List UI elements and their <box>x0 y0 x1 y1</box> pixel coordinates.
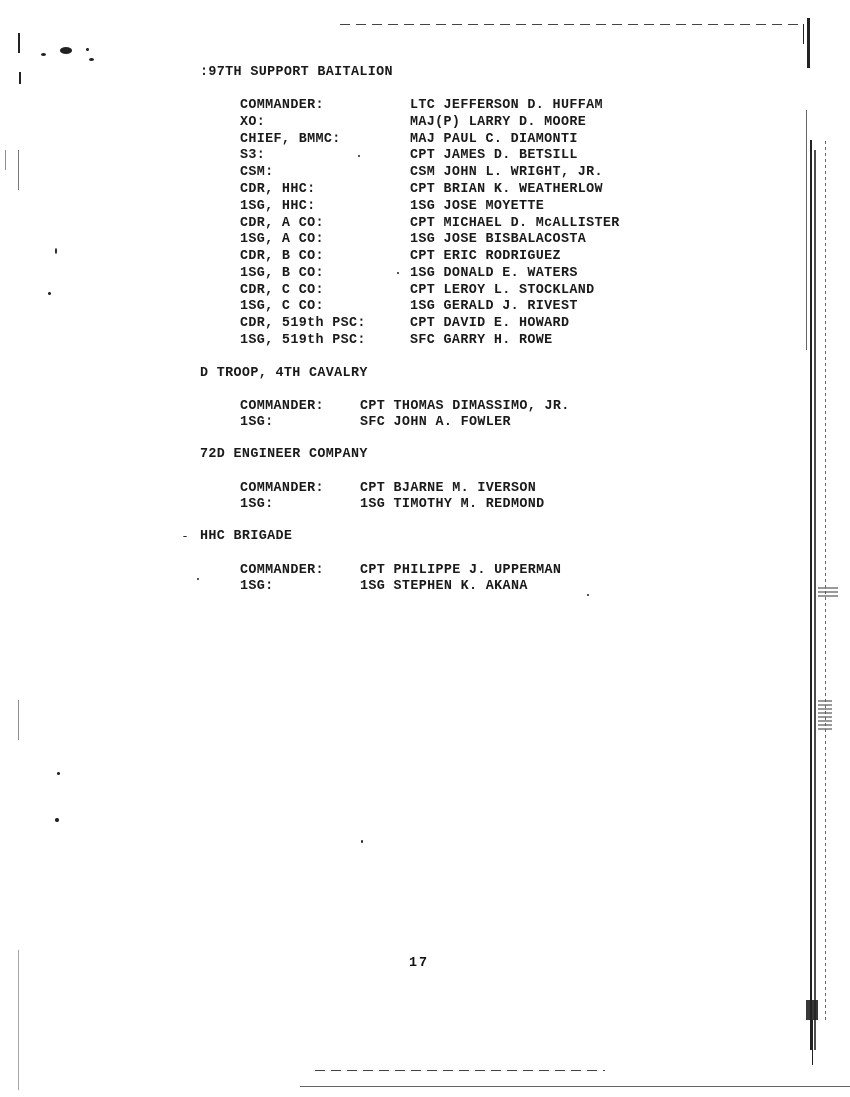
scan-speck <box>397 272 399 274</box>
person-name: 1SG GERALD J. RIVEST <box>410 299 578 316</box>
document-page: :97TH SUPPORT BAITALION COMMANDER: LTC J… <box>0 0 850 1097</box>
person-name: 1SG TIMOTHY M. REDMOND <box>360 497 545 514</box>
position-label: CSM: <box>240 165 274 182</box>
position-label: 1SG, 519th PSC: <box>240 333 366 350</box>
person-name: CPT DAVID E. HOWARD <box>410 316 569 333</box>
person-name: 1SG DONALD E. WATERS <box>410 266 578 283</box>
position-label: 1SG: <box>240 415 274 432</box>
person-name: 1SG STEPHEN K. AKANA <box>360 579 528 596</box>
person-name: CPT THOMAS DIMASSIMO, JR. <box>360 399 570 416</box>
scan-speck <box>41 53 46 56</box>
scan-edge-right-stipple <box>825 140 826 1020</box>
person-name: CPT BJARNE M. IVERSON <box>360 481 536 498</box>
page-number: 17 <box>409 956 429 971</box>
person-name: 1SG JOSE MOYETTE <box>410 199 544 216</box>
position-label: COMMANDER: <box>240 98 324 115</box>
scan-speck <box>57 772 60 775</box>
position-label: CDR, A CO: <box>240 216 324 233</box>
scan-edge-top <box>340 24 800 25</box>
position-label: CDR, HHC: <box>240 182 315 199</box>
scan-speck <box>55 248 57 254</box>
person-name: SFC JOHN A. FOWLER <box>360 415 511 432</box>
position-label: 1SG: <box>240 579 274 596</box>
person-name: CSM JOHN L. WRIGHT, JR. <box>410 165 603 182</box>
person-name: CPT MICHAEL D. McALLISTER <box>410 216 620 233</box>
scan-left-mark <box>18 950 19 1090</box>
position-label: CDR, B CO: <box>240 249 324 266</box>
scan-speck <box>89 58 94 61</box>
person-name: 1SG JOSE BISBALACOSTA <box>410 232 586 249</box>
scan-edge-right-main <box>810 140 812 1050</box>
person-name: LTC JEFFERSON D. HUFFAM <box>410 98 603 115</box>
scan-speck <box>197 578 199 580</box>
position-label: S3: <box>240 148 265 165</box>
scan-speck <box>60 47 72 54</box>
scan-speck <box>86 48 89 51</box>
position-label: COMMANDER: <box>240 563 324 580</box>
scan-edge-right-shadow <box>814 150 816 1050</box>
scan-left-mark <box>19 72 21 84</box>
person-name: CPT LEROY L. STOCKLAND <box>410 283 595 300</box>
scan-edge-bottom <box>300 1086 850 1087</box>
position-label: 1SG, A CO: <box>240 232 324 249</box>
scan-noise <box>818 585 838 597</box>
scan-speck <box>55 818 59 822</box>
person-name: CPT PHILIPPE J. UPPERMAN <box>360 563 561 580</box>
person-name: SFC GARRY H. ROWE <box>410 333 553 350</box>
position-label: COMMANDER: <box>240 481 324 498</box>
person-name: CPT BRIAN K. WEATHERLOW <box>410 182 603 199</box>
person-name: MAJ(P) LARRY D. MOORE <box>410 115 586 132</box>
person-name: CPT ERIC RODRIGUEZ <box>410 249 561 266</box>
scan-edge-right-top <box>807 18 810 68</box>
position-label: CHIEF, BMMC: <box>240 132 341 149</box>
scan-speck <box>358 155 360 157</box>
position-label: 1SG, C CO: <box>240 299 324 316</box>
scan-speck <box>183 536 187 537</box>
section-heading-72d-engineer-company: 72D ENGINEER COMPANY <box>200 447 368 464</box>
scan-speck <box>361 840 363 843</box>
position-label: COMMANDER: <box>240 399 324 416</box>
scan-left-mark <box>5 150 6 170</box>
position-label: 1SG, HHC: <box>240 199 315 216</box>
scan-left-mark <box>18 33 20 53</box>
scan-speck <box>587 594 589 596</box>
person-name: MAJ PAUL C. DIAMONTI <box>410 132 578 149</box>
scan-edge-tail <box>812 1020 813 1065</box>
scan-edge-mark <box>803 24 804 44</box>
position-label: 1SG: <box>240 497 274 514</box>
scan-edge-right-inner <box>806 110 807 350</box>
section-heading-197th-support-battalion: :97TH SUPPORT BAITALION <box>200 65 393 82</box>
position-label: 1SG, B CO: <box>240 266 324 283</box>
scan-edge-corner <box>806 1000 818 1020</box>
position-label: XO: <box>240 115 265 132</box>
scan-noise <box>818 700 832 730</box>
section-heading-hhc-brigade: HHC BRIGADE <box>200 529 292 546</box>
scan-left-mark <box>18 700 19 740</box>
position-label: CDR, C CO: <box>240 283 324 300</box>
scan-speck <box>48 292 51 295</box>
section-heading-d-troop-4th-cavalry: D TROOP, 4TH CAVALRY <box>200 366 368 383</box>
position-label: CDR, 519th PSC: <box>240 316 366 333</box>
scan-edge-bottom-dashed <box>315 1070 605 1071</box>
person-name: CPT JAMES D. BETSILL <box>410 148 578 165</box>
scan-left-mark <box>18 150 19 190</box>
